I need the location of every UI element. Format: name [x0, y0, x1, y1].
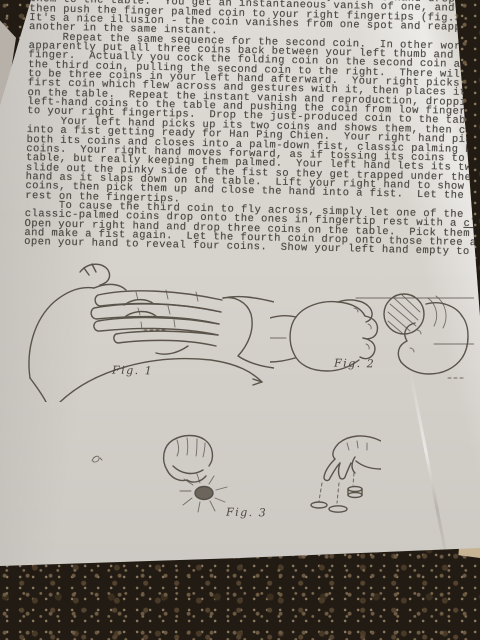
figure-1-illustration: [26, 250, 274, 402]
typed-text: right hand. Keep the coins palmed there …: [24, 0, 478, 258]
stray-mark: [90, 452, 104, 466]
figure-2-illustration: [270, 264, 474, 400]
figure-3-label: Fig. 3: [226, 506, 267, 520]
page-curl-crease: [409, 372, 450, 569]
figure-1-label: Fig. 1: [112, 364, 153, 378]
figure-3-fist-illustration: [153, 430, 231, 516]
paper-page: right hand. Keep the coins palmed there …: [0, 0, 480, 640]
figure-3-drop-illustration: [293, 427, 381, 519]
figure-2-label: Fig. 2: [334, 357, 375, 371]
photo-of-typed-page: { "scene": { "background": "dark speckle…: [0, 0, 480, 640]
